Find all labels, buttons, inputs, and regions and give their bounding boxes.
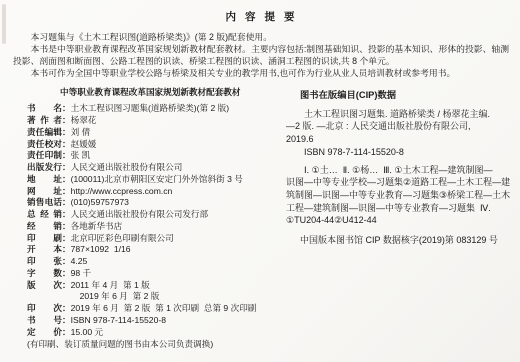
field-value: http://www.ccpress.com.cn xyxy=(71,186,173,198)
field-value: 土木工程识图习题集(道路桥梁类)(第 2 版) xyxy=(71,103,230,115)
cip-line: 土木工程识图习题集. 道路桥梁类 / 杨翠花主编. xyxy=(286,108,516,121)
field-label: 印刷 xyxy=(27,233,62,245)
field-value-line: 人民交通出版社股份有限公司 xyxy=(71,162,183,174)
field-label: 书号 xyxy=(27,315,62,327)
field-colon: ： xyxy=(62,103,71,115)
field-colon: ： xyxy=(62,162,71,174)
field-value: 人民交通出版社股份有限公司发行部 xyxy=(71,209,209,221)
series-note: 中等职业教育课程改革国家规划新教材配套教材 xyxy=(60,87,262,99)
field-value: 张 凯 xyxy=(71,150,91,162)
field-value: 赵媛媛 xyxy=(71,139,97,151)
colophon-row: 网址：http://www.ccpress.com.cn xyxy=(27,186,262,198)
field-colon: ： xyxy=(62,280,71,292)
field-value-line: 2011 年 4 月 第 1 版 xyxy=(71,280,160,292)
summary-paragraph: 本书可作为全国中等职业学校公路与桥梁及相关专业的教学用书,也可作为行业从业人员培… xyxy=(13,68,509,80)
field-colon: ： xyxy=(62,139,71,151)
field-label: 销售电话 xyxy=(27,197,62,209)
field-value-line: (100011)北京市朝阳区安定门外外馆斜街 3 号 xyxy=(71,174,243,186)
field-value: (100011)北京市朝阳区安定门外外馆斜街 3 号 xyxy=(71,174,243,186)
field-label: 出版发行 xyxy=(27,162,62,174)
field-colon: ： xyxy=(62,327,71,339)
field-colon: ： xyxy=(62,186,71,198)
colophon-row: 书名：土木工程识图习题集(道路桥梁类)(第 2 版) xyxy=(27,103,262,115)
field-value-line: 98 千 xyxy=(71,268,92,280)
field-value-line: 4.25 xyxy=(71,256,88,268)
cip-line: 工程—建筑制图—识图—中等专业教育—习题集 Ⅳ. xyxy=(286,202,516,215)
field-label: 责任编辑 xyxy=(27,127,62,139)
colophon-section: 中等职业教育课程改革国家规划新教材配套教材 书名：土木工程识图习题集(道路桥梁类… xyxy=(27,87,262,351)
field-colon: ： xyxy=(62,197,71,209)
field-colon: ： xyxy=(62,127,71,139)
colophon-row: 版次：2011 年 4 月 第 1 版2019 年 6 月 第 2 版 xyxy=(27,280,262,304)
field-value-line: 北京印匠彩色印刷有限公司 xyxy=(71,233,174,245)
field-value: 各地新华书店 xyxy=(71,221,123,233)
field-value-line: 各地新华书店 xyxy=(71,221,123,233)
field-value: 北京印匠彩色印刷有限公司 xyxy=(71,233,174,245)
colophon-row: 地址：(100011)北京市朝阳区安定门外外馆斜街 3 号 xyxy=(27,174,262,186)
colophon-row: 总经销：人民交通出版社股份有限公司发行部 xyxy=(27,209,262,221)
colophon-row: 出版发行：人民交通出版社股份有限公司 xyxy=(27,162,262,174)
field-label: 开本 xyxy=(27,244,62,256)
cip-line: 筑制图—识图—中等专业教育—习题集③桥梁工程—土木 xyxy=(286,189,516,202)
colophon-row: 责任印制：张 凯 xyxy=(27,150,262,162)
colophon-row: 定价：15.00 元 xyxy=(27,327,262,339)
field-label: 责任校对 xyxy=(27,139,62,151)
cip-lines: 土木工程识图习题集. 道路桥梁类 / 杨翠花主编.—2 版. —北京 : 人民交… xyxy=(286,108,516,227)
field-value-line: http://www.ccpress.com.cn xyxy=(71,186,173,198)
colophon-row: 开本：787×1092 1/16 xyxy=(27,244,262,256)
colophon-row: 印次：2019 年 6 月 第 2 版 第 1 次印刷 总第 9 次印刷 xyxy=(27,303,262,315)
field-value-line: 赵媛媛 xyxy=(71,139,97,151)
cip-record-number: 中国版本图书馆 CIP 数据核字(2019)第 083129 号 xyxy=(286,234,516,247)
field-label: 定价 xyxy=(27,327,62,339)
field-label: 地址 xyxy=(27,174,62,186)
field-value: ISBN 978-7-114-15520-8 xyxy=(71,315,166,327)
field-colon: ： xyxy=(62,209,71,221)
cip-line: 识图—中等专业学校—习题集②道路工程—土木工程—建 xyxy=(286,176,516,189)
field-colon: ： xyxy=(62,150,71,162)
field-value-line: 刘 倩 xyxy=(71,127,91,139)
cip-line: 2019.6 xyxy=(286,133,516,146)
colophon-row: 责任校对：赵媛媛 xyxy=(27,139,262,151)
field-value-line: 2019 年 6 月 第 2 版 xyxy=(71,291,160,303)
field-colon: ： xyxy=(62,244,71,256)
copyright-page: 内容提要 本习题集与《土木工程识图(道路桥梁类)》(第 2 版)配套使用。本书是… xyxy=(0,0,520,362)
field-value: 人民交通出版社股份有限公司 xyxy=(71,162,183,174)
field-value: 15.00 元 xyxy=(71,327,104,339)
field-label: 印次 xyxy=(27,303,62,315)
cip-line: ①TU204-44②U412-44 xyxy=(286,214,516,227)
field-colon: ： xyxy=(62,256,71,268)
field-value-line: ISBN 978-7-114-15520-8 xyxy=(71,315,166,327)
field-value-line: (010)59757973 xyxy=(71,197,129,209)
field-value: 2019 年 6 月 第 2 版 第 1 次印刷 总第 9 次印刷 xyxy=(71,303,257,315)
summary-paragraph: 本书是中等职业教育课程改革国家规划新教材配套教材。主要内容包括:制图基础知识、投… xyxy=(13,44,509,68)
field-colon: ： xyxy=(62,303,71,315)
cip-title: 图书在版编目(CIP)数据 xyxy=(286,89,516,102)
field-colon: ： xyxy=(62,315,71,327)
field-value: 4.25 xyxy=(71,256,88,268)
summary-paragraphs: 本习题集与《土木工程识图(道路桥梁类)》(第 2 版)配套使用。本书是中等职业教… xyxy=(13,32,509,80)
summary-paragraph: 本习题集与《土木工程识图(道路桥梁类)》(第 2 版)配套使用。 xyxy=(13,32,509,44)
colophon-row: 印刷：北京印匠彩色印刷有限公司 xyxy=(27,233,262,245)
field-label: 网址 xyxy=(27,186,62,198)
cip-line: ISBN 978-7-114-15520-8 xyxy=(286,146,516,159)
field-value: 98 千 xyxy=(71,268,92,280)
field-value: 杨翠花 xyxy=(71,115,97,127)
field-colon: ： xyxy=(62,115,71,127)
field-value-line: 2019 年 6 月 第 2 版 第 1 次印刷 总第 9 次印刷 xyxy=(71,303,257,315)
field-value: (010)59757973 xyxy=(71,197,129,209)
field-value-line: 杨翠花 xyxy=(71,115,97,127)
field-value-line: 15.00 元 xyxy=(71,327,104,339)
cip-line: Ⅰ. ①土… Ⅱ. ①杨… Ⅲ. ①土木工程—建筑制图— xyxy=(286,164,516,177)
field-value: 787×1092 1/16 xyxy=(71,244,131,256)
field-value-line: 张 凯 xyxy=(71,150,91,162)
field-value-line: 土木工程识图习题集(道路桥梁类)(第 2 版) xyxy=(71,103,230,115)
exchange-note: (有印刷、装订质量问题的图书由本公司负责调换) xyxy=(27,339,262,351)
cip-section: 图书在版编目(CIP)数据 土木工程识图习题集. 道路桥梁类 / 杨翠花主编.—… xyxy=(286,89,516,247)
field-value-line: 人民交通出版社股份有限公司发行部 xyxy=(71,209,209,221)
field-label: 字数 xyxy=(27,268,62,280)
field-label: 版次 xyxy=(27,280,62,292)
field-colon: ： xyxy=(62,268,71,280)
field-colon: ： xyxy=(62,233,71,245)
field-colon: ： xyxy=(62,174,71,186)
colophon-row: 书号：ISBN 978-7-114-15520-8 xyxy=(27,315,262,327)
field-value-line: 787×1092 1/16 xyxy=(71,244,131,256)
colophon-rows: 书名：土木工程识图习题集(道路桥梁类)(第 2 版)著作者：杨翠花责任编辑：刘 … xyxy=(27,103,262,338)
colophon-row: 著作者：杨翠花 xyxy=(27,115,262,127)
colophon-row: 责任编辑：刘 倩 xyxy=(27,127,262,139)
colophon-row: 印张：4.25 xyxy=(27,256,262,268)
cip-line: —2 版. —北京 : 人民交通出版社股份有限公司, xyxy=(286,120,516,133)
colophon-row: 经销：各地新华书店 xyxy=(27,221,262,233)
field-label: 责任印制 xyxy=(27,150,62,162)
field-value: 刘 倩 xyxy=(71,127,91,139)
field-label: 总经销 xyxy=(27,209,62,221)
field-label: 书名 xyxy=(27,103,62,115)
summary-title: 内容提要 xyxy=(0,9,520,24)
field-label: 经销 xyxy=(27,221,62,233)
field-value: 2011 年 4 月 第 1 版2019 年 6 月 第 2 版 xyxy=(71,280,160,304)
field-colon: ： xyxy=(62,221,71,233)
field-label: 印张 xyxy=(27,256,62,268)
colophon-row: 销售电话：(010)59757973 xyxy=(27,197,262,209)
colophon-row: 字数：98 千 xyxy=(27,268,262,280)
field-label: 著作者 xyxy=(27,115,62,127)
